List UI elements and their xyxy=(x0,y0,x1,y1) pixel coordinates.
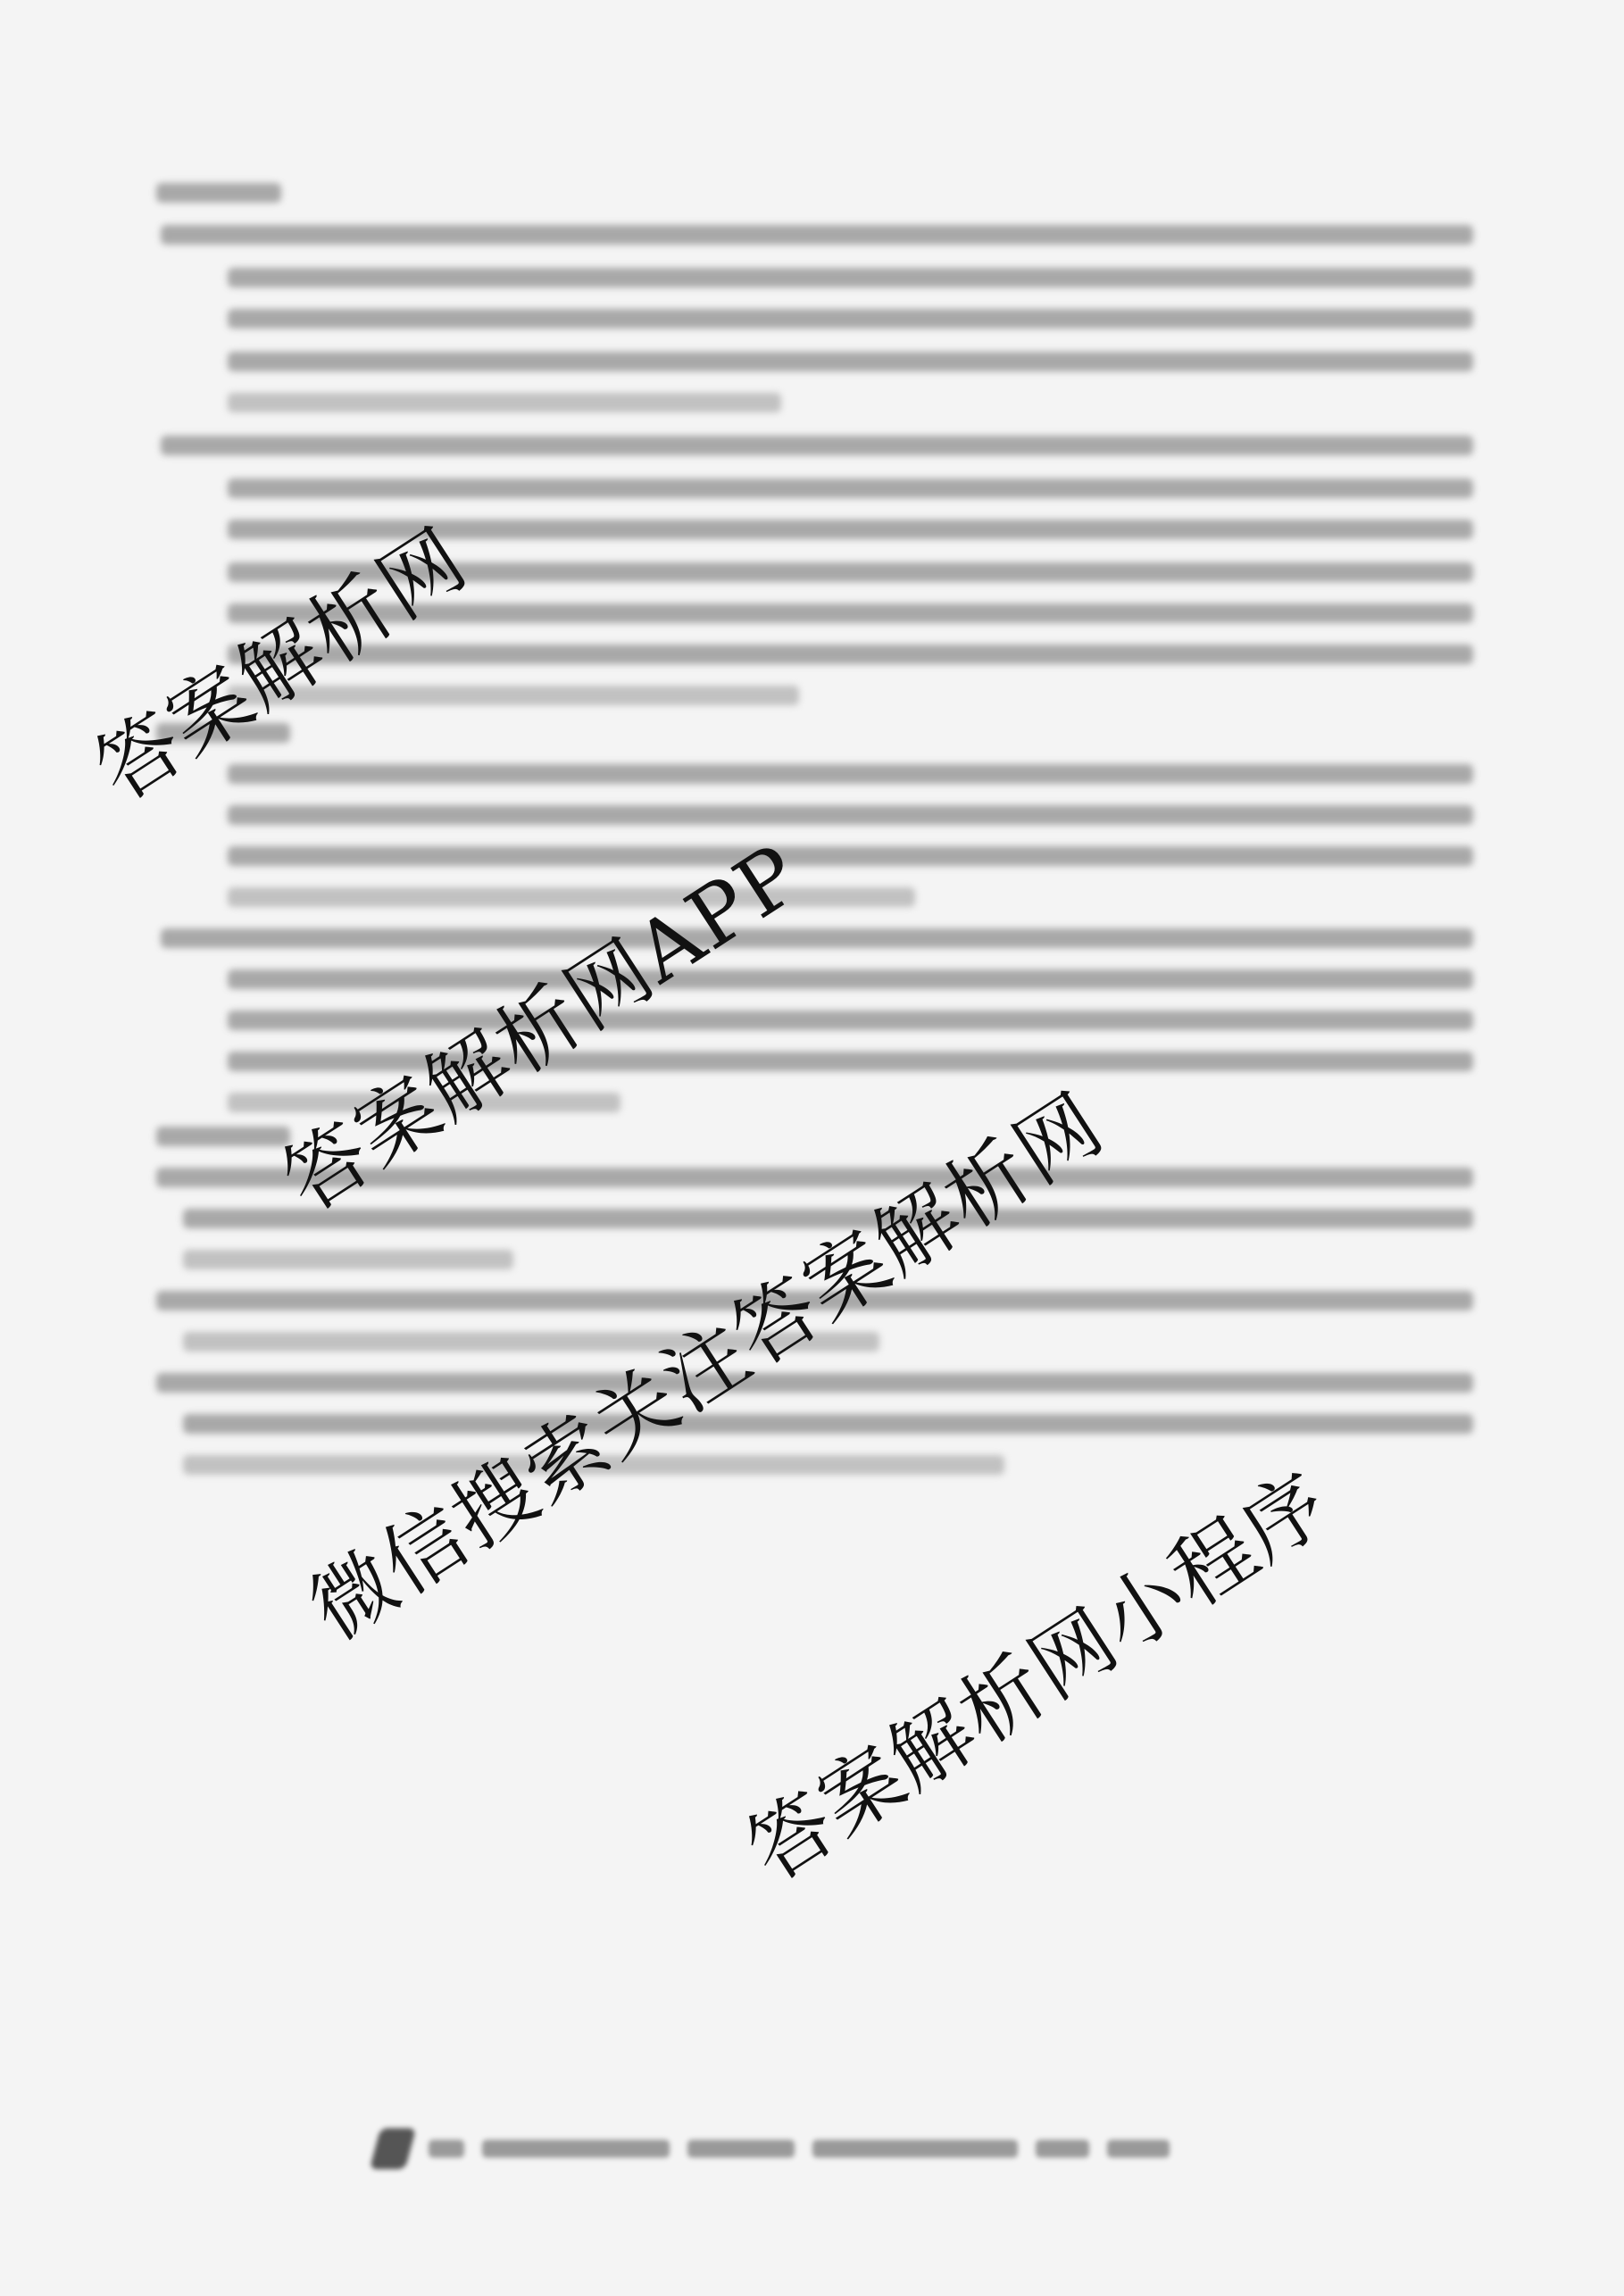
blurred-footer-text xyxy=(812,2140,1018,2158)
page-footer xyxy=(375,2138,1170,2159)
blurred-line xyxy=(228,969,1473,989)
blurred-line xyxy=(228,352,1473,371)
document-page: 答案解析网 答案解析网APP 微信搜索关注答案解析网 答案解析网小程序 xyxy=(0,0,1624,2296)
blurred-line xyxy=(228,268,1473,287)
blurred-line xyxy=(156,183,281,203)
blurred-footer-text xyxy=(1036,2140,1089,2158)
blurred-line xyxy=(228,764,1473,784)
blurred-line xyxy=(228,478,1473,498)
blurred-line xyxy=(228,309,1473,329)
blurred-line xyxy=(183,1414,1473,1434)
blurred-footer-text xyxy=(687,2140,795,2158)
blurred-footer-text xyxy=(482,2140,670,2158)
blurred-line xyxy=(161,225,1473,245)
blurred-line xyxy=(161,928,1473,948)
blurred-footer-text xyxy=(1107,2140,1170,2158)
blurred-line xyxy=(228,805,1473,825)
watermark: 答案解析网小程序 xyxy=(721,1439,1349,1903)
blurred-line xyxy=(161,436,1473,455)
blurred-line xyxy=(228,393,781,412)
blurred-line xyxy=(183,1250,513,1269)
publisher-logo-icon xyxy=(370,2128,416,2169)
blurred-line xyxy=(228,846,1473,866)
blurred-line xyxy=(156,1373,1473,1393)
blurred-line xyxy=(228,645,1473,664)
blurred-footer-text xyxy=(429,2140,464,2158)
blurred-line xyxy=(228,1011,1473,1030)
